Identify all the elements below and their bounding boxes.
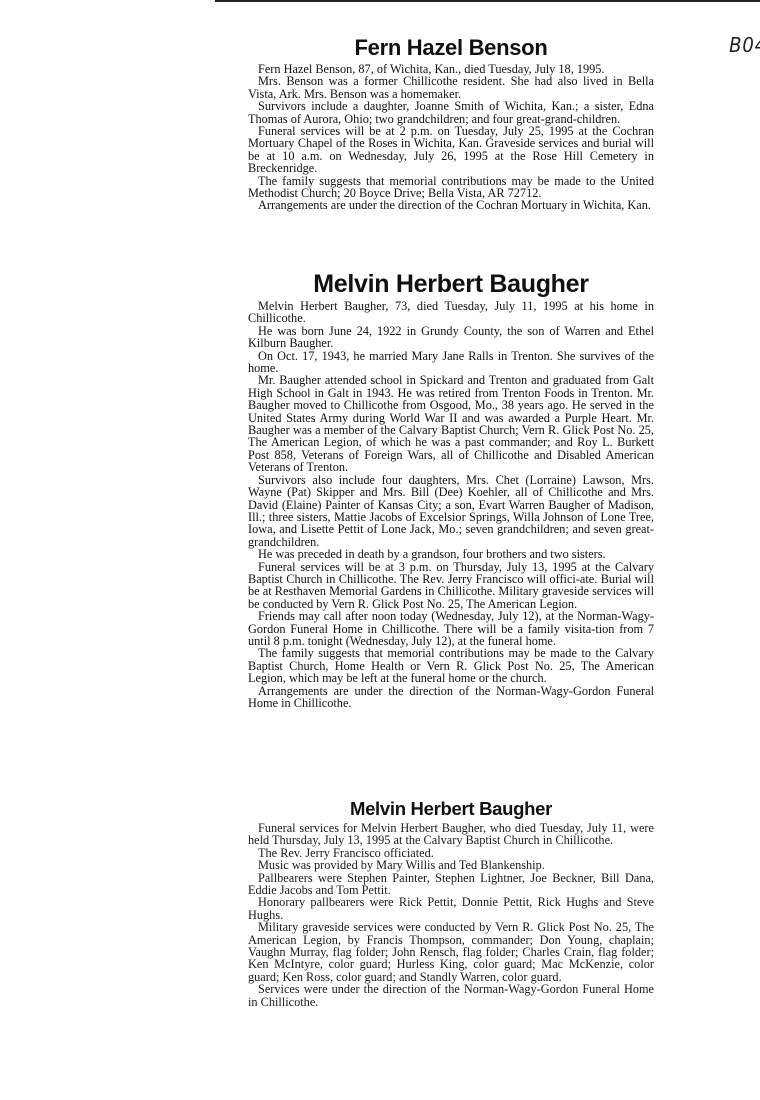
obituary-paragraph: Arrangements are under the direction of …	[248, 199, 654, 211]
obituary-paragraph: Survivors also include four daughters, M…	[248, 474, 654, 548]
obituary-paragraph: Friends may call after noon today (Wedne…	[248, 610, 654, 647]
obituary-paragraph: Mr. Baugher attended school in Spickard …	[248, 374, 654, 473]
obituary-paragraph: Funeral services will be at 2 p.m. on Tu…	[248, 125, 654, 175]
obituary-paragraph: Pallbearers were Stephen Painter, Stephe…	[248, 872, 654, 897]
obituary-title: Melvin Herbert Baugher	[248, 269, 654, 300]
obituary-paragraph: He was born June 24, 1922 in Grundy Coun…	[248, 325, 654, 350]
obituary-paragraph: Music was provided by Mary Willis and Te…	[248, 859, 654, 871]
obituary-paragraph: Melvin Herbert Baugher, 73, died Tuesday…	[248, 300, 654, 325]
obituary-paragraph: Funeral services will be at 3 p.m. on Th…	[248, 561, 654, 611]
funeral-notice-melvin-herbert-baugher: Melvin Herbert Baugher Funeral services …	[248, 797, 654, 1008]
obituary-paragraph: On Oct. 17, 1943, he married Mary Jane R…	[248, 350, 654, 375]
obituary-paragraph: The family suggests that memorial contri…	[248, 647, 654, 684]
top-border-rule	[215, 0, 760, 2]
obituary-paragraph: He was preceded in death by a grandson, …	[248, 548, 654, 560]
obituary-paragraph: Military graveside services were conduct…	[248, 921, 654, 983]
obituary-melvin-herbert-baugher: Melvin Herbert Baugher Melvin Herbert Ba…	[248, 269, 654, 709]
handwritten-page-annotation: B04	[729, 33, 760, 57]
obituary-title: Fern Hazel Benson	[248, 34, 654, 62]
obituary-fern-hazel-benson: Fern Hazel Benson Fern Hazel Benson, 87,…	[248, 34, 654, 212]
obituary-title: Melvin Herbert Baugher	[248, 797, 654, 821]
obituary-paragraph: The family suggests that memorial contri…	[248, 175, 654, 200]
obituary-paragraph: Arrangements are under the direction of …	[248, 685, 654, 710]
obituary-paragraph: Survivors include a daughter, Joanne Smi…	[248, 100, 654, 125]
obituary-paragraph: Services were under the direction of the…	[248, 983, 654, 1008]
obituary-paragraph: Honorary pallbearers were Rick Pettit, D…	[248, 896, 654, 921]
obituary-paragraph: Funeral services for Melvin Herbert Baug…	[248, 822, 654, 847]
obituary-paragraph: Mrs. Benson was a former Chillicothe res…	[248, 75, 654, 100]
